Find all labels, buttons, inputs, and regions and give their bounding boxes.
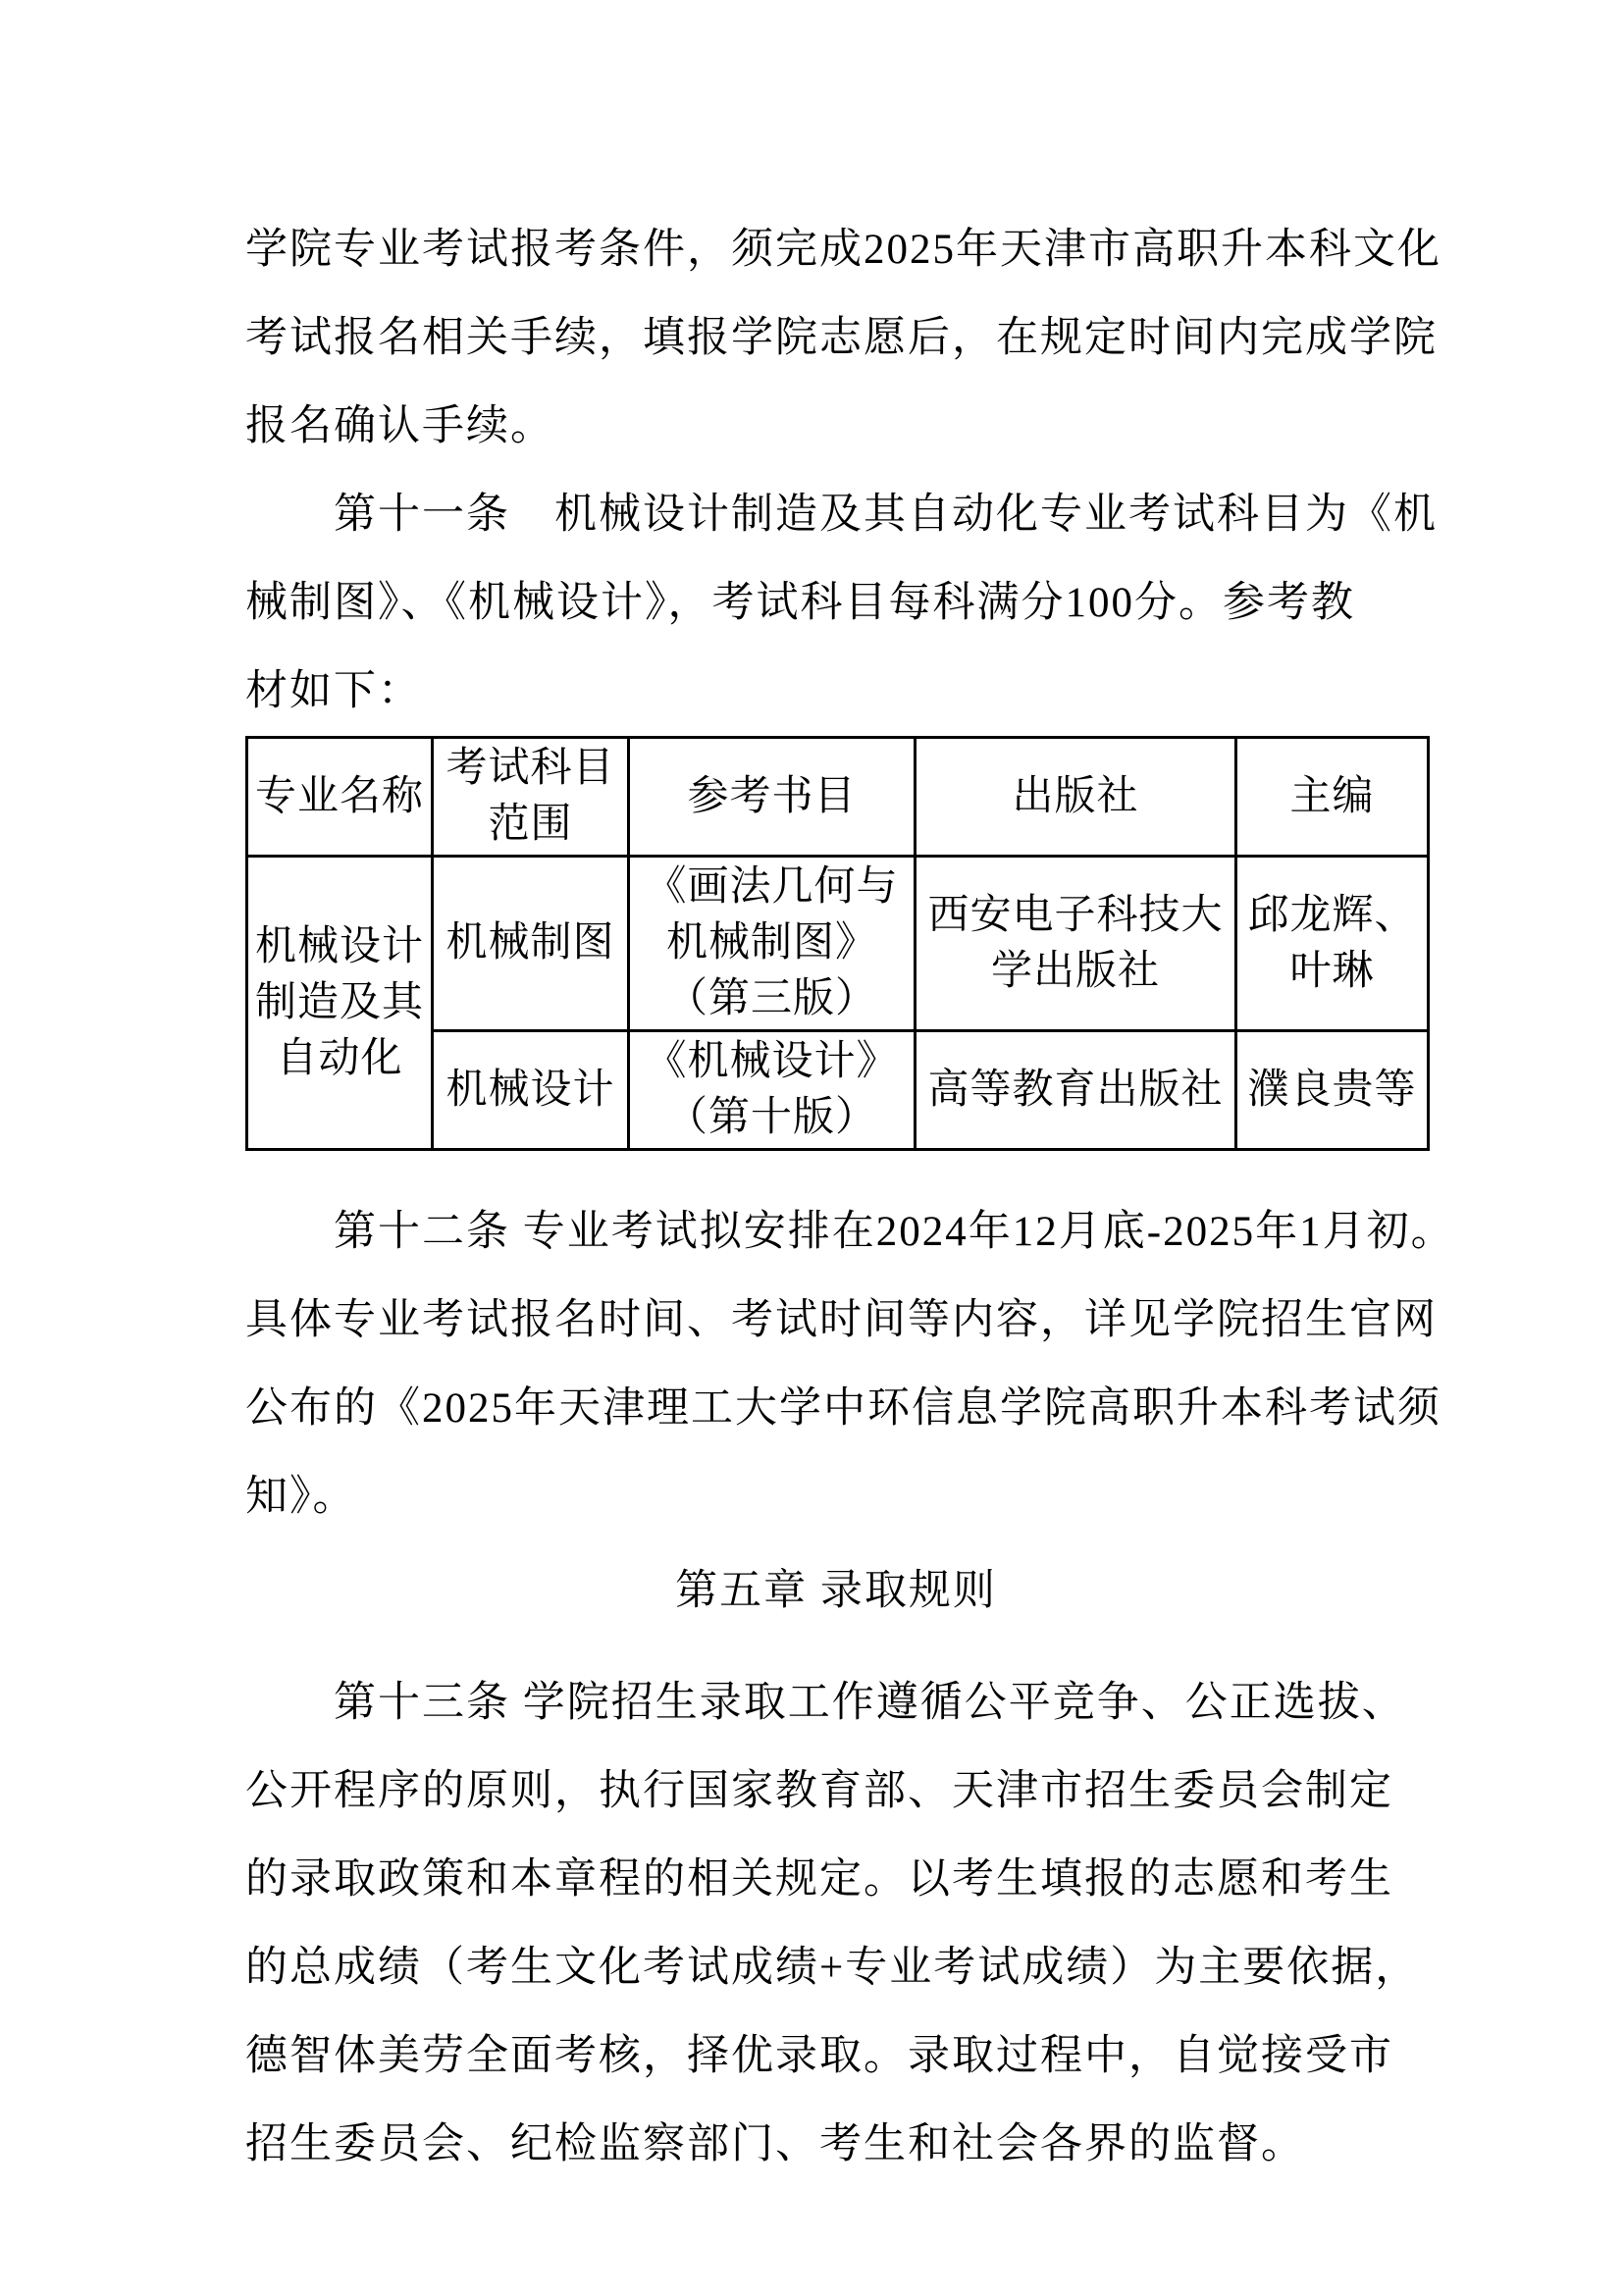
- article-12-paragraph: 第十二条 专业考试拟安排在2024年12月底-2025年1月初。 具体专业考试报…: [245, 1188, 1427, 1541]
- chapter-5-heading: 第五章 录取规则: [245, 1547, 1427, 1636]
- cell-publisher-drawing: 西安电子科技大 学出版社: [916, 857, 1236, 1031]
- article-11-paragraph: 第十一条 机械设计制造及其自动化专业考试科目为《机 械制图》、《机械设计》，考试…: [245, 471, 1427, 736]
- header-cell-editor: 主编: [1236, 738, 1429, 857]
- article-13-paragraph: 第十三条 学院招生录取工作遵循公平竞争、公正选拔、 公开程序的原则，执行国家教育…: [245, 1659, 1427, 2189]
- cell-publisher-design: 高等教育出版社: [916, 1031, 1236, 1150]
- cell-book-design: 《机械设计》 （第十版）: [629, 1031, 916, 1150]
- cell-editor-design: 濮良贵等: [1236, 1031, 1429, 1150]
- header-cell-reference-book: 参考书目: [629, 738, 916, 857]
- document-page: 学院专业考试报考条件，须完成2025年天津市高职升本科文化 考试报名相关手续，填…: [0, 0, 1624, 2295]
- table-row-mechanical-drawing: 机械设计 制造及其 自动化 机械制图 《画法几何与 机械制图》 （第三版） 西安…: [247, 857, 1429, 1031]
- header-cell-major-name: 专业名称: [247, 738, 433, 857]
- cell-major-name: 机械设计 制造及其 自动化: [247, 857, 433, 1150]
- cell-subject-design: 机械设计: [433, 1031, 629, 1150]
- header-cell-publisher: 出版社: [916, 738, 1236, 857]
- cell-editor-drawing: 邱龙辉、 叶琳: [1236, 857, 1429, 1031]
- header-cell-subject-scope: 考试科目 范围: [433, 738, 629, 857]
- reference-textbook-table: 专业名称 考试科目 范围 参考书目 出版社 主编 机械设计 制造及其 自动化 机…: [245, 736, 1430, 1151]
- cell-subject-drawing: 机械制图: [433, 857, 629, 1031]
- paragraph-continuation: 学院专业考试报考条件，须完成2025年天津市高职升本科文化 考试报名相关手续，填…: [245, 206, 1427, 471]
- cell-book-drawing: 《画法几何与 机械制图》 （第三版）: [629, 857, 916, 1031]
- table-header-row: 专业名称 考试科目 范围 参考书目 出版社 主编: [247, 738, 1429, 857]
